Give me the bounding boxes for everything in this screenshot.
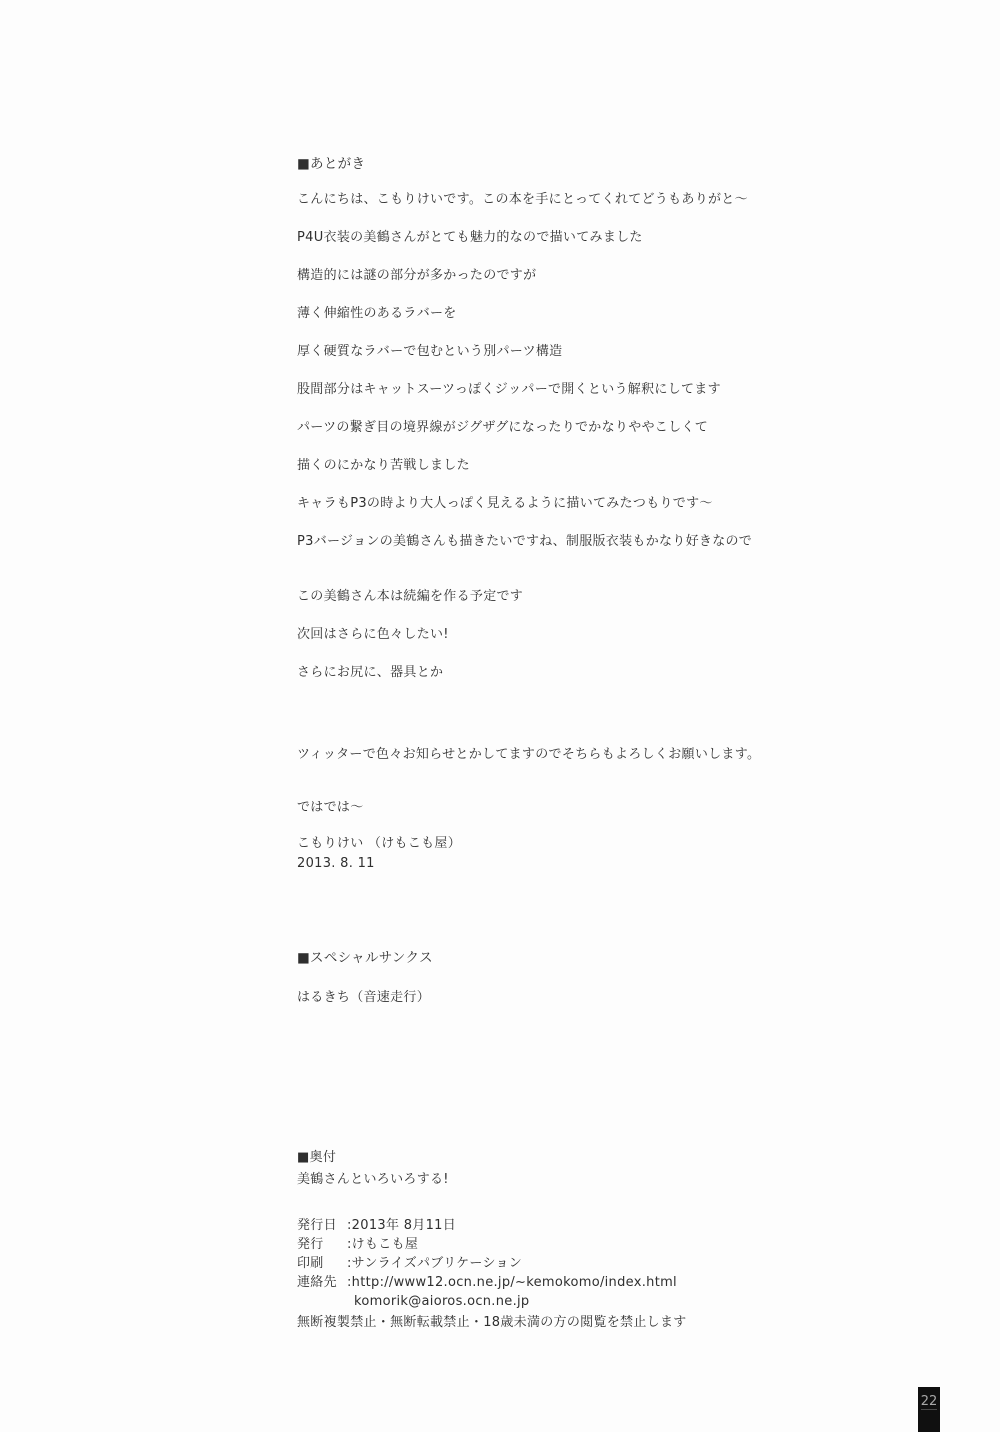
special-thanks-heading: ■スペシャルサンクス bbox=[297, 946, 433, 966]
afterword-line: さらにお尻に、器具とか bbox=[297, 654, 523, 692]
author-name: こもりけい （けもこも屋） bbox=[297, 834, 461, 854]
colophon-label: 連絡先 bbox=[297, 1273, 347, 1292]
colophon-label: 発行日 bbox=[297, 1216, 347, 1235]
afterword-plans: この美鶴さん本は続編を作る予定です 次回はさらに色々したい! さらにお尻に、器具… bbox=[297, 578, 523, 692]
page-number-bar: 22 bbox=[918, 1387, 940, 1432]
afterword-line: この美鶴さん本は続編を作る予定です bbox=[297, 578, 523, 616]
afterword-line: 股間部分はキャットスーツっぽくジッパーで開くという解釈にしてます bbox=[297, 371, 752, 409]
afterword-line: パーツの繋ぎ目の境界線がジグザグになったりでかなりややこしくて bbox=[297, 409, 752, 447]
colophon-label bbox=[297, 1292, 347, 1311]
afterword-heading: ■あとがき bbox=[297, 152, 365, 172]
colophon-value: :サンライズパブリケーション bbox=[347, 1254, 522, 1273]
colophon-label: 発行 bbox=[297, 1235, 347, 1254]
page-number: 22 bbox=[921, 1395, 938, 1410]
colophon-heading: ■奥付 bbox=[297, 1147, 449, 1169]
afterword-line: こんにちは、こもりけいです。この本を手にとってくれてどうもありがと～ bbox=[297, 181, 752, 219]
afterword-line: 描くのにかなり苦戦しました bbox=[297, 447, 752, 485]
afterword-line: 構造的には謎の部分が多かったのですが bbox=[297, 257, 752, 295]
signature-block: こもりけい （けもこも屋） 2013. 8. 11 bbox=[297, 834, 461, 874]
contact-email: komorik@aioros.ocn.ne.jp bbox=[354, 1292, 529, 1311]
colophon-row: komorik@aioros.ocn.ne.jp bbox=[297, 1292, 677, 1311]
afterword-line: P4U衣装の美鶴さんがとても魅力的なので描いてみました bbox=[297, 219, 752, 257]
signoff: ではでは～ bbox=[297, 796, 364, 815]
colophon-value: :2013年 8月11日 bbox=[347, 1216, 456, 1235]
afterword-line: 次回はさらに色々したい! bbox=[297, 616, 523, 654]
twitter-note: ツィッターで色々お知らせとかしてますのでそちらもよろしくお願いします。 bbox=[297, 743, 760, 762]
afterword-line: 薄く伸縮性のあるラバーを bbox=[297, 295, 752, 333]
colophon-row: 発行日 :2013年 8月11日 bbox=[297, 1216, 677, 1235]
afterword-line: 厚く硬質なラバーで包むという別パーツ構造 bbox=[297, 333, 752, 371]
colophon-label: 印刷 bbox=[297, 1254, 347, 1273]
special-thanks-name: はるきち（音速走行） bbox=[297, 986, 430, 1005]
afterword-line: キャラもP3の時より大人っぽく見えるように描いてみたつもりです～ bbox=[297, 485, 752, 523]
book-title: 美鶴さんといろいろする! bbox=[297, 1169, 449, 1191]
publication-date: 2013. 8. 11 bbox=[297, 854, 461, 874]
copyright-notice: 無断複製禁止・無断転載禁止・18歳未満の方の閲覧を禁止します bbox=[297, 1311, 687, 1330]
colophon-row: 印刷 :サンライズパブリケーション bbox=[297, 1254, 677, 1273]
colophon-header: ■奥付 美鶴さんといろいろする! bbox=[297, 1147, 449, 1191]
colophon-value: :けもこも屋 bbox=[347, 1235, 418, 1254]
afterword-body: こんにちは、こもりけいです。この本を手にとってくれてどうもありがと～ P4U衣装… bbox=[297, 181, 752, 561]
scanned-afterword-page: ■あとがき こんにちは、こもりけいです。この本を手にとってくれてどうもありがと～… bbox=[0, 0, 1000, 1432]
afterword-line: P3バージョンの美鶴さんも描きたいですね、制服版衣装もかなり好きなので bbox=[297, 523, 752, 561]
colophon-row: 発行 :けもこも屋 bbox=[297, 1235, 677, 1254]
contact-url: :http://www12.ocn.ne.jp/~kemokomo/index.… bbox=[347, 1273, 677, 1292]
colophon-row: 連絡先 :http://www12.ocn.ne.jp/~kemokomo/in… bbox=[297, 1273, 677, 1292]
colophon-rows: 発行日 :2013年 8月11日 発行 :けもこも屋 印刷 :サンライズパブリケ… bbox=[297, 1216, 677, 1311]
